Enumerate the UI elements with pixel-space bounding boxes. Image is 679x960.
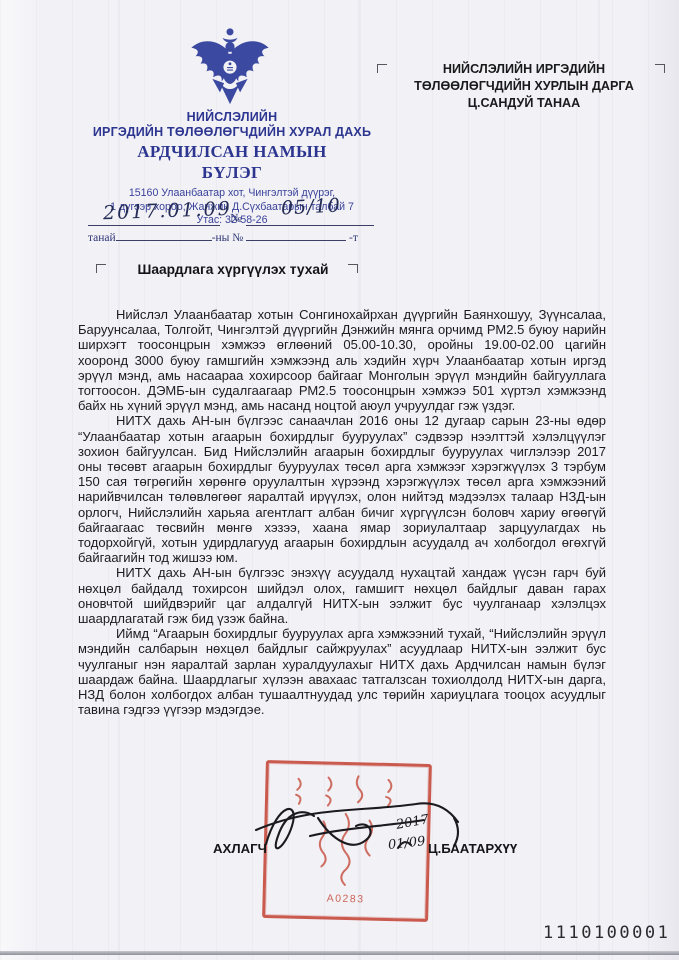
- body-paragraph: Нийслэл Улаанбаатар хотын Сонгинохайрхан…: [78, 307, 606, 413]
- subject-title: Шаардлага хүргүүлэх тухай: [110, 262, 356, 277]
- letter-body: Нийслэл Улаанбаатар хотын Сонгинохайрхан…: [78, 307, 606, 717]
- your-ref-label: танай: [88, 232, 116, 244]
- signer-name: Ц.БААТАРХҮҮ: [428, 841, 517, 856]
- date-underline: [88, 225, 220, 226]
- number-sign: №: [230, 211, 242, 226]
- blank-underline: [246, 229, 346, 241]
- signer-title: АХЛАГЧ: [213, 841, 267, 856]
- org-name-line-1: НИЙСЛЭЛИЙН: [58, 110, 406, 125]
- number-underline: [246, 225, 374, 226]
- org-address-line-1: 15160 Улаанбаатар хот, Чингэлтэй дүүрэг,: [58, 187, 406, 201]
- your-ref-line: танай-ны № -т: [88, 229, 358, 244]
- body-paragraph: Иймд “Агаарын бохирдлыг бууруулах арга х…: [78, 626, 606, 717]
- handwritten-date: 2017.01.09: [103, 198, 232, 224]
- blank-underline: [116, 229, 212, 241]
- your-ref-middle: -ны №: [212, 232, 244, 244]
- org-name-line-4: БҮЛЭГ: [58, 163, 406, 182]
- handwritten-doc-number: 05/10: [280, 194, 341, 219]
- recipient-block: НИЙСЛЭЛИЙН ИРГЭДИЙН ТӨЛӨӨЛӨГЧДИЙН ХУРЛЫН…: [383, 61, 665, 112]
- org-name-line-3: АРДЧИЛСАН НАМЫН: [58, 142, 406, 161]
- scan-edge: [0, 951, 679, 955]
- org-name-line-2: ИРГЭДИЙН ТӨЛӨӨЛӨГЧДИЙН ХУРАЛ ДАХЬ: [58, 125, 406, 140]
- body-paragraph: НИТХ дахь АН-ын бүлгээс энэхүү асуудалд …: [78, 565, 606, 626]
- your-ref-suffix: -т: [349, 232, 358, 244]
- khangarid-emblem-icon: [186, 26, 274, 110]
- signature-scribble: [248, 778, 488, 870]
- registration-number: 1110100001: [543, 923, 670, 943]
- scanned-letter-page: НИЙСЛЭЛИЙН ИРГЭДИЙН ТӨЛӨӨЛӨГЧДИЙН ХУРАЛ …: [0, 0, 679, 960]
- recipient-line-3: Ц.САНДУЙ ТАНАА: [383, 95, 665, 112]
- corner-mark-icon: [96, 264, 106, 273]
- body-paragraph: НИТХ дахь АН-ын бүлгээс санаачлан 2016 о…: [78, 413, 606, 565]
- recipient-line-2: ТӨЛӨӨЛӨГЧДИЙН ХУРЛЫН ДАРГА: [383, 78, 665, 95]
- recipient-line-1: НИЙСЛЭЛИЙН ИРГЭДИЙН: [383, 61, 665, 78]
